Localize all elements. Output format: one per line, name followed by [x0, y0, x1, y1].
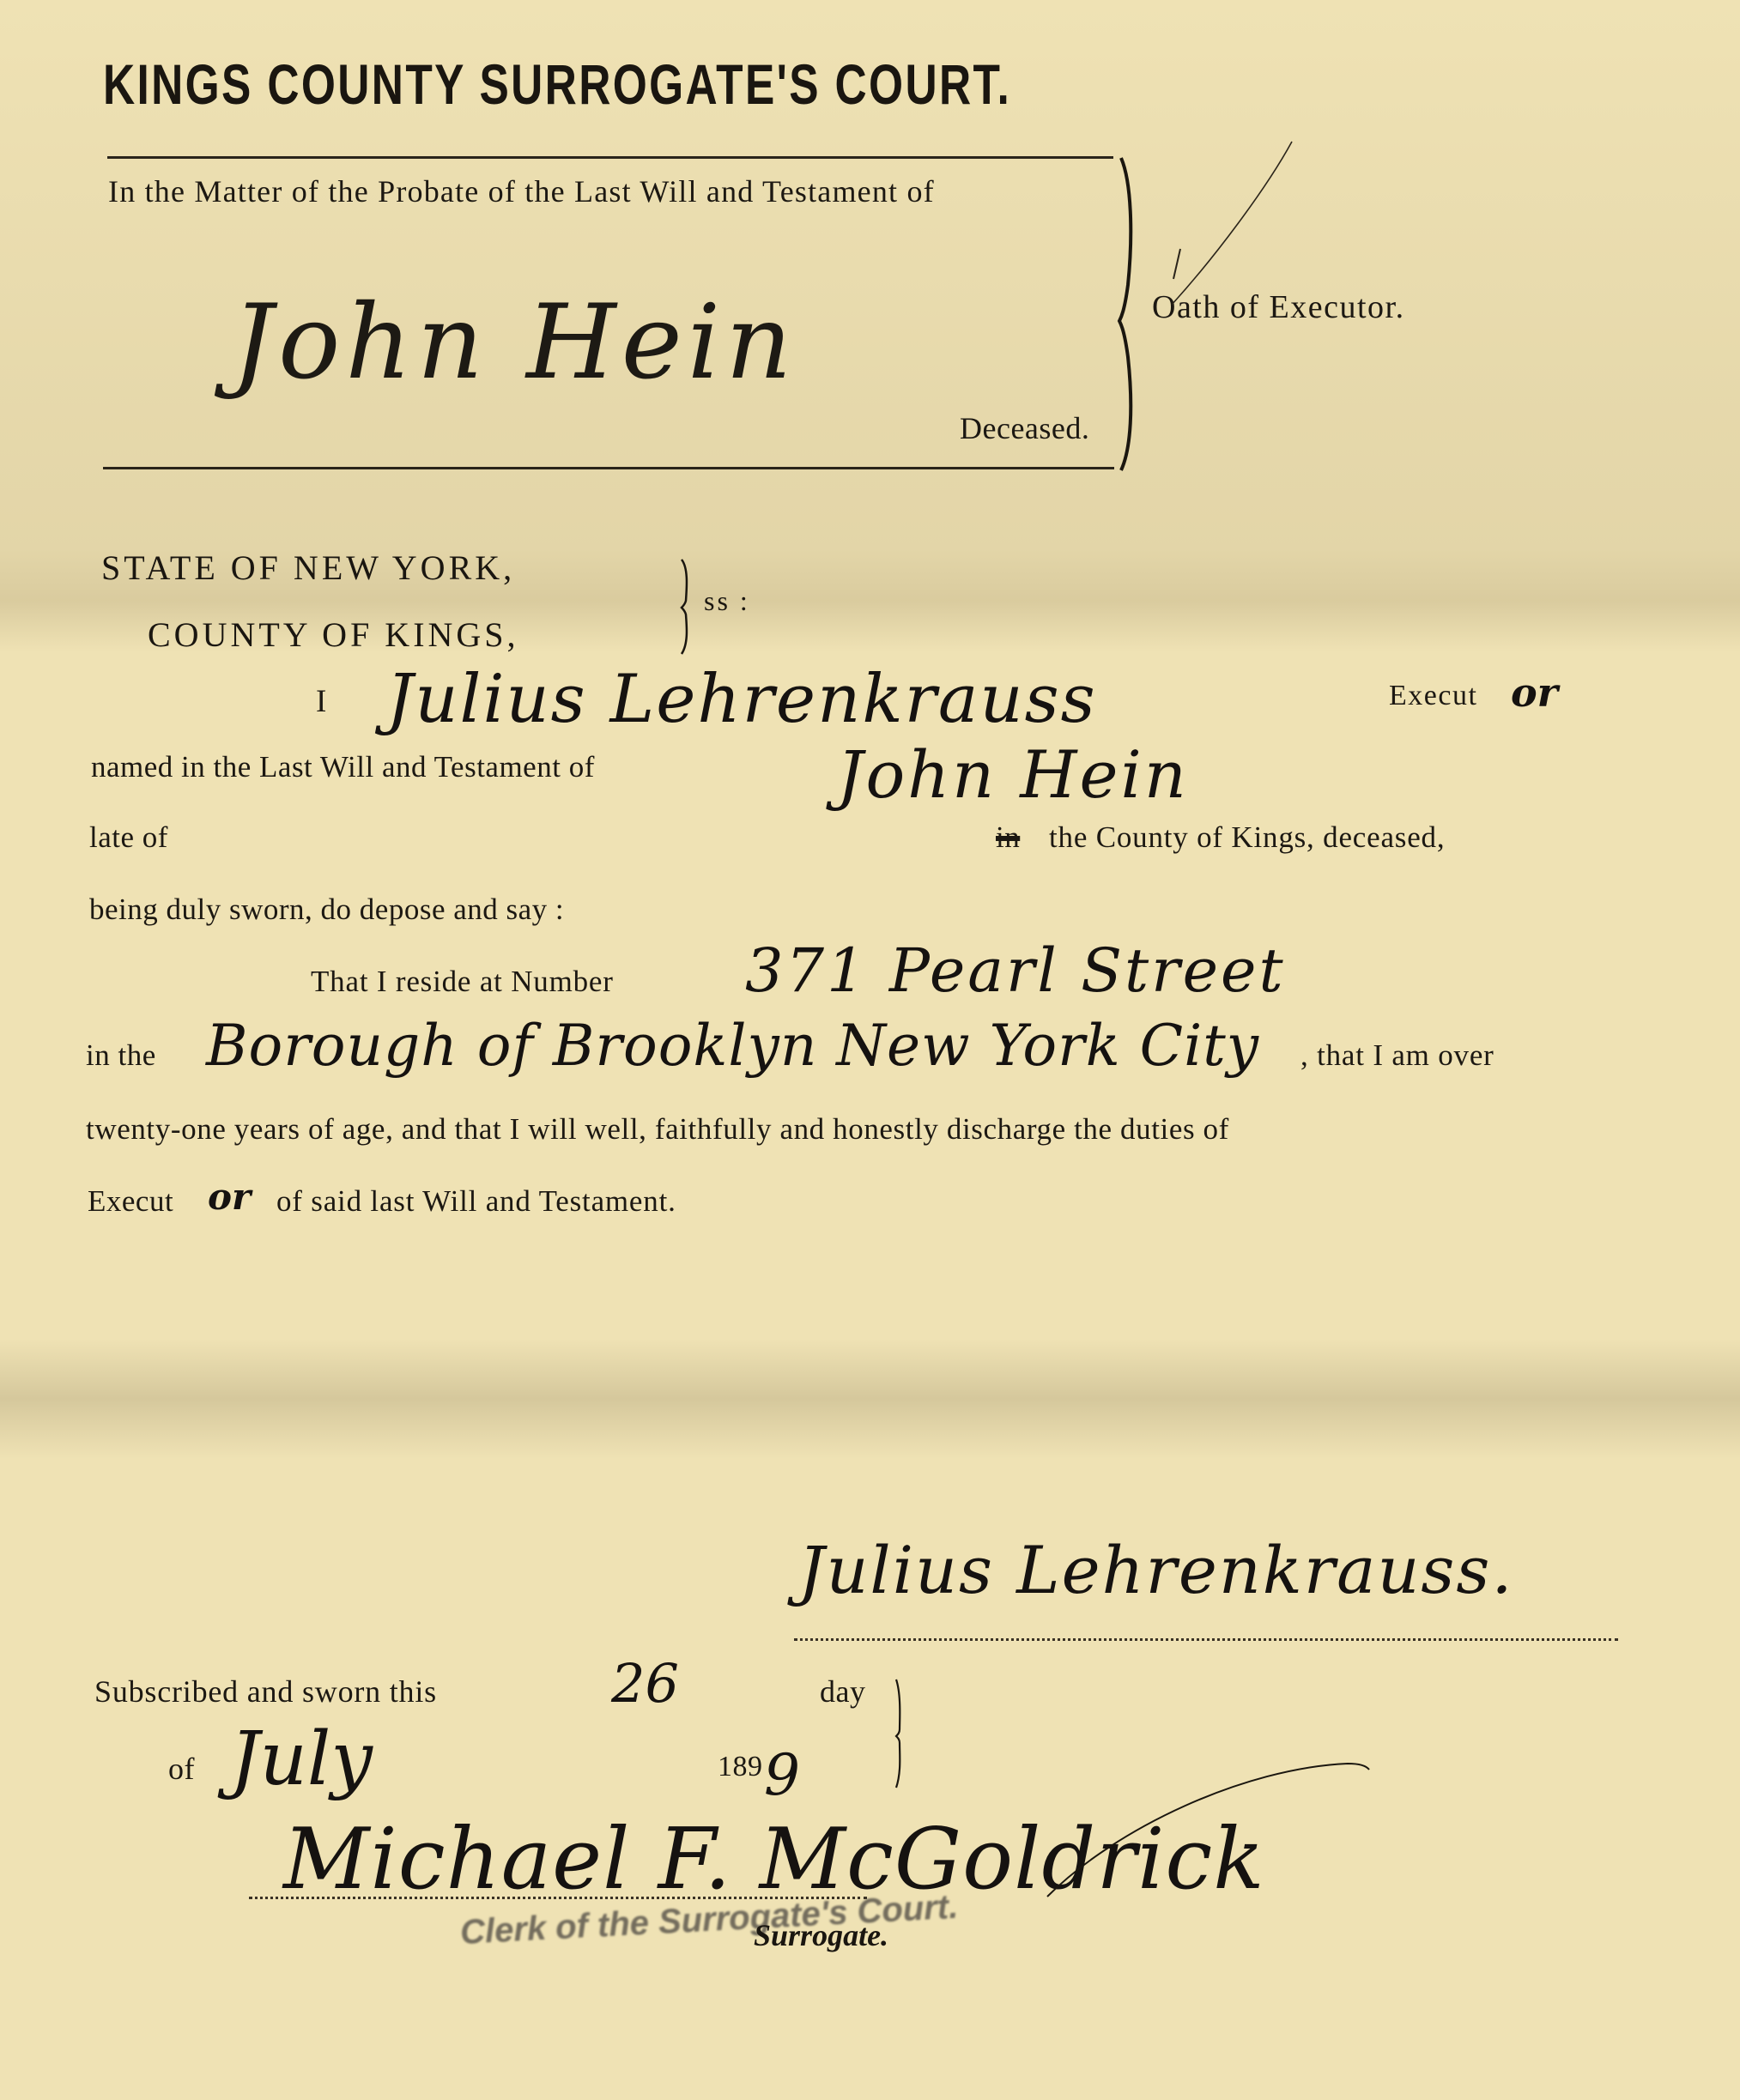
line5-prefix: That I reside at Number [311, 965, 614, 999]
jurat-subscribed-text: Subscribed and sworn this [94, 1673, 437, 1710]
matter-text: In the Matter of the Probate of the Last… [108, 173, 935, 209]
clerk-flourish [1030, 1759, 1373, 1905]
jurat-year-printed: 189 [718, 1751, 763, 1783]
line4-text: being duly sworn, do depose and say : [89, 893, 564, 927]
deceased-name-handwritten: John Hein [232, 283, 797, 402]
line3-struck-word: in [996, 820, 1020, 855]
caption-bottom-rule [103, 467, 1114, 469]
jurat-day-label: day [820, 1673, 865, 1710]
line3-suffix: the County of Kings, deceased, [1049, 820, 1445, 855]
executor-signature: Julius Lehrenkrauss. [798, 1532, 1514, 1608]
jurat-of-label: of [168, 1751, 195, 1787]
check-mark-icon [1163, 137, 1300, 309]
line1-suffix-handwritten: or [1511, 669, 1558, 716]
venue-state: STATE OF NEW YORK, [101, 548, 515, 588]
line8-handwritten: or [208, 1176, 251, 1218]
locality-handwritten: Borough of Brooklyn New York City [206, 1013, 1259, 1079]
executor-name-handwritten: Julius Lehrenkrauss [386, 661, 1097, 738]
line3-prefix: late of [89, 820, 168, 855]
deceased-label: Deceased. [960, 410, 1089, 446]
line6-prefix: in the [86, 1038, 156, 1073]
line8-suffix: of said last Will and Testament. [276, 1184, 676, 1219]
surrogate-printed-title: Surrogate. [754, 1917, 888, 1953]
venue-ss: ss : [704, 585, 750, 617]
line2-prefix: named in the Last Will and Testament of [91, 750, 595, 784]
line1-suffix: Execut [1389, 680, 1477, 712]
court-title: KINGS COUNTY SURROGATE'S COURT. [103, 51, 1011, 117]
jurat-year-handwritten: 9 [764, 1742, 800, 1808]
jurat-brace [893, 1678, 910, 1789]
line8-prefix: Execut [88, 1184, 173, 1219]
executor-signature-line [794, 1638, 1618, 1641]
line7-text: twenty-one years of age, and that I will… [86, 1112, 1229, 1147]
venue-county: COUNTY OF KINGS, [148, 614, 519, 655]
line6-suffix: , that I am over [1300, 1038, 1494, 1073]
address-handwritten: 371 Pearl Street [745, 935, 1286, 1006]
jurat-month-handwritten: July [230, 1716, 373, 1802]
venue-brace [678, 558, 704, 657]
jurat-day-handwritten: 26 [611, 1652, 679, 1715]
caption-brace [1116, 156, 1150, 474]
testator-name-handwritten: John Hein [837, 736, 1189, 813]
caption-top-rule [107, 156, 1113, 159]
line1-prefix: I [316, 683, 327, 720]
